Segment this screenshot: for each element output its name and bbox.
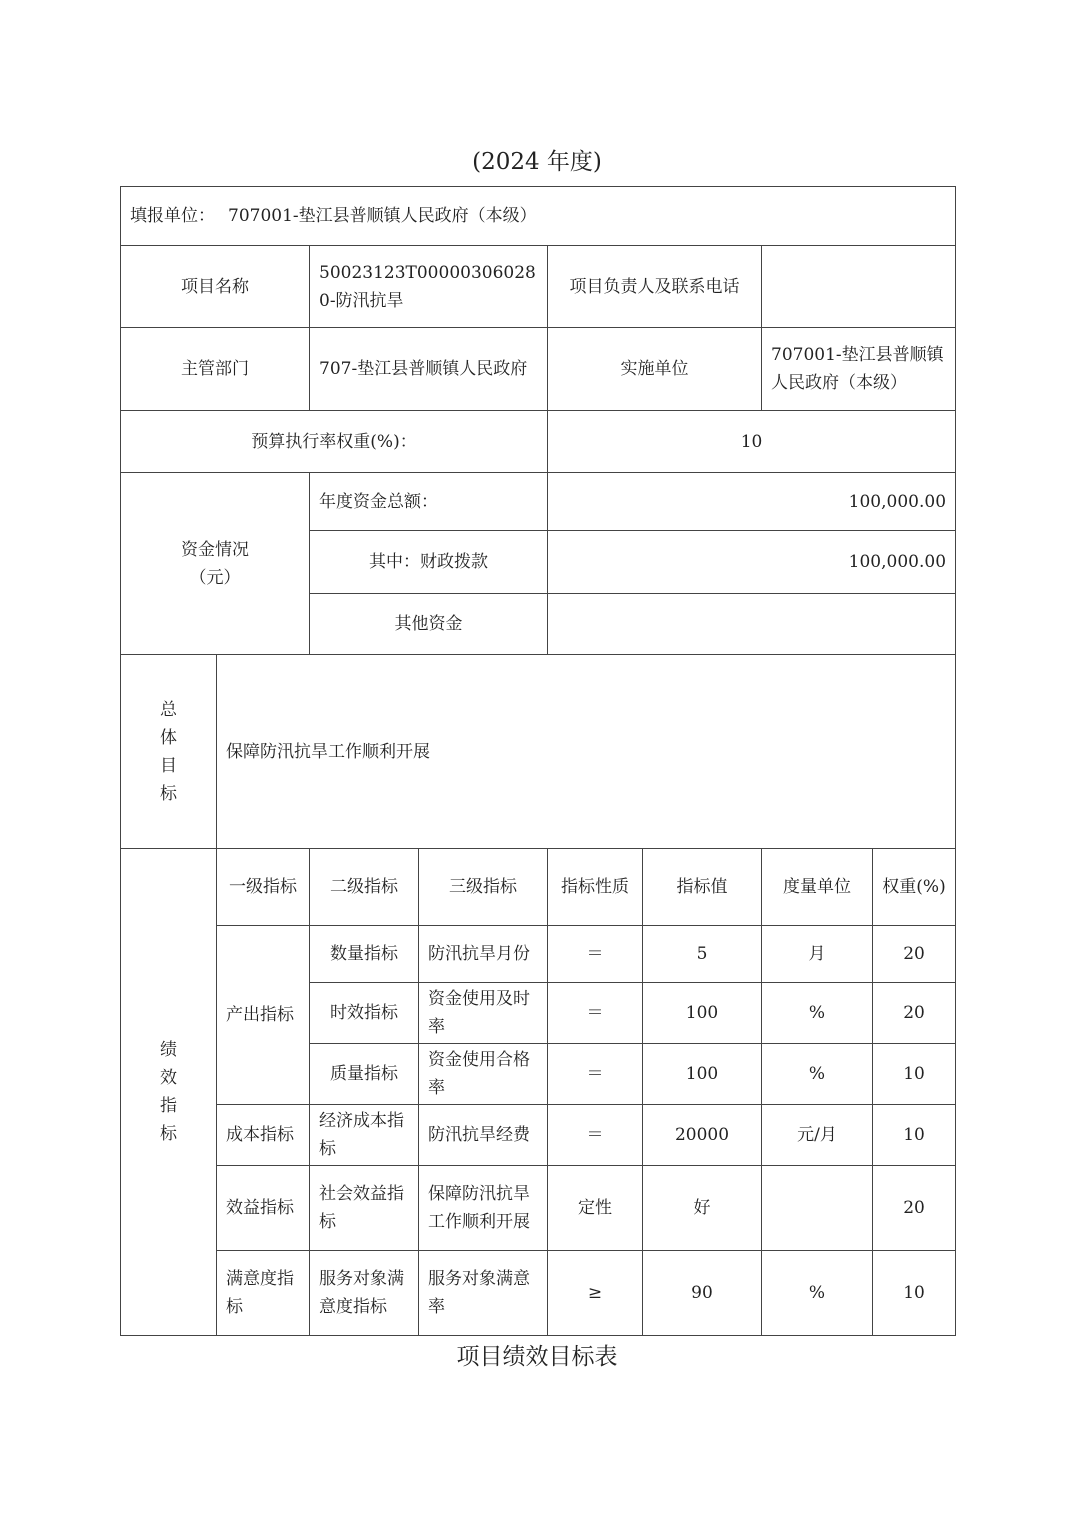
contact-value xyxy=(762,246,956,328)
header-value: 指标值 xyxy=(643,849,762,926)
level1-output: 产出指标 xyxy=(217,926,310,1105)
unit-cell: 月 xyxy=(762,926,873,983)
table-caption: 项目绩效目标表 xyxy=(0,1338,1074,1371)
level3-cell: 资金使用及时率 xyxy=(419,983,548,1044)
overall-goal-char: 总 xyxy=(130,696,207,724)
budget-weight-value: 10 xyxy=(548,411,956,473)
overall-goal-char: 标 xyxy=(130,780,207,808)
value-cell: 100 xyxy=(643,983,762,1044)
overall-goal-char: 体 xyxy=(130,724,207,752)
unit-cell: % xyxy=(762,1251,873,1336)
budget-weight-label: 预算执行率权重(%)： xyxy=(121,411,548,473)
contact-label: 项目负责人及联系电话 xyxy=(548,246,762,328)
performance-label: 绩 效 指 标 xyxy=(121,849,217,1336)
overall-goal-value: 保障防汛抗旱工作顺利开展 xyxy=(217,655,956,849)
level3-cell: 服务对象满意率 xyxy=(419,1251,548,1336)
value-cell: 好 xyxy=(643,1166,762,1251)
funds-fiscal-label: 其中：财政拨款 xyxy=(310,531,548,594)
header-weight: 权重(%) xyxy=(873,849,956,926)
project-name-value: 50023123T000003060280-防汛抗旱 xyxy=(310,246,548,328)
unit-cell: % xyxy=(762,983,873,1044)
level2-cell: 质量指标 xyxy=(310,1044,419,1105)
implementing-unit-label: 实施单位 xyxy=(548,328,762,411)
performance-header-row: 绩 效 指 标 一级指标 二级指标 三级指标 指标性质 指标值 度量单位 权重(… xyxy=(121,849,956,926)
value-cell: 90 xyxy=(643,1251,762,1336)
department-value: 707-垫江县普顺镇人民政府 xyxy=(310,328,548,411)
weight-cell: 10 xyxy=(873,1251,956,1336)
weight-cell: 10 xyxy=(873,1044,956,1105)
funds-fiscal-value: 100,000.00 xyxy=(548,531,956,594)
level2-cell: 时效指标 xyxy=(310,983,419,1044)
reporting-unit-row: 填报单位： 707001-垫江县普顺镇人民政府（本级） xyxy=(121,187,956,246)
level1-cost: 成本指标 xyxy=(217,1105,310,1166)
performance-char: 效 xyxy=(130,1064,207,1092)
implementing-unit-value: 707001-垫江县普顺镇人民政府（本级） xyxy=(762,328,956,411)
department-row: 主管部门 707-垫江县普顺镇人民政府 实施单位 707001-垫江县普顺镇人民… xyxy=(121,328,956,411)
nature-cell: ＝ xyxy=(548,926,643,983)
performance-char: 绩 xyxy=(130,1036,207,1064)
level3-cell: 防汛抗旱经费 xyxy=(419,1105,548,1166)
funds-label-line1: 资金情况 xyxy=(130,536,300,564)
performance-goal-table: 填报单位： 707001-垫江县普顺镇人民政府（本级） 项目名称 5002312… xyxy=(120,186,956,1336)
level2-cell: 服务对象满意度指标 xyxy=(310,1251,419,1336)
funds-total-value: 100,000.00 xyxy=(548,473,956,531)
unit-cell xyxy=(762,1166,873,1251)
level3-cell: 资金使用合格率 xyxy=(419,1044,548,1105)
budget-weight-row: 预算执行率权重(%)： 10 xyxy=(121,411,956,473)
weight-cell: 20 xyxy=(873,983,956,1044)
table-row: 成本指标 经济成本指标 防汛抗旱经费 ＝ 20000 元/月 10 xyxy=(121,1105,956,1166)
level2-cell: 社会效益指标 xyxy=(310,1166,419,1251)
funds-label-line2: （元） xyxy=(130,564,300,592)
level3-cell: 防汛抗旱月份 xyxy=(419,926,548,983)
overall-goal-row: 总 体 目 标 保障防汛抗旱工作顺利开展 xyxy=(121,655,956,849)
department-label: 主管部门 xyxy=(121,328,310,411)
reporting-unit-value: 707001-垫江县普顺镇人民政府（本级） xyxy=(228,202,537,230)
weight-cell: 10 xyxy=(873,1105,956,1166)
level1-satisfaction: 满意度指标 xyxy=(217,1251,310,1336)
header-level1: 一级指标 xyxy=(217,849,310,926)
year-heading: (2024 年度) xyxy=(0,143,1074,176)
header-level2: 二级指标 xyxy=(310,849,419,926)
funds-other-label: 其他资金 xyxy=(310,594,548,655)
header-level3: 三级指标 xyxy=(419,849,548,926)
value-cell: 20000 xyxy=(643,1105,762,1166)
level1-benefit: 效益指标 xyxy=(217,1166,310,1251)
weight-cell: 20 xyxy=(873,926,956,983)
table-row: 产出指标 数量指标 防汛抗旱月份 ＝ 5 月 20 xyxy=(121,926,956,983)
overall-goal-char: 目 xyxy=(130,752,207,780)
nature-cell: 定性 xyxy=(548,1166,643,1251)
value-cell: 100 xyxy=(643,1044,762,1105)
level3-cell: 保障防汛抗旱工作顺利开展 xyxy=(419,1166,548,1251)
weight-cell: 20 xyxy=(873,1166,956,1251)
nature-cell: ＝ xyxy=(548,1105,643,1166)
project-name-row: 项目名称 50023123T000003060280-防汛抗旱 项目负责人及联系… xyxy=(121,246,956,328)
header-nature: 指标性质 xyxy=(548,849,643,926)
table-row: 满意度指标 服务对象满意度指标 服务对象满意率 ≥ 90 % 10 xyxy=(121,1251,956,1336)
level2-cell: 数量指标 xyxy=(310,926,419,983)
funds-label: 资金情况 （元） xyxy=(121,473,310,655)
reporting-unit-label: 填报单位： xyxy=(130,203,216,230)
overall-goal-label: 总 体 目 标 xyxy=(121,655,217,849)
funds-row-total: 资金情况 （元） 年度资金总额： 100,000.00 xyxy=(121,473,956,531)
nature-cell: ＝ xyxy=(548,1044,643,1105)
nature-cell: ≥ xyxy=(548,1251,643,1336)
table-row: 效益指标 社会效益指标 保障防汛抗旱工作顺利开展 定性 好 20 xyxy=(121,1166,956,1251)
funds-total-label: 年度资金总额： xyxy=(310,473,548,531)
value-cell: 5 xyxy=(643,926,762,983)
performance-char: 标 xyxy=(130,1120,207,1148)
header-unit: 度量单位 xyxy=(762,849,873,926)
project-name-label: 项目名称 xyxy=(121,246,310,328)
level2-cell: 经济成本指标 xyxy=(310,1105,419,1166)
funds-other-value xyxy=(548,594,956,655)
nature-cell: ＝ xyxy=(548,983,643,1044)
unit-cell: 元/月 xyxy=(762,1105,873,1166)
performance-char: 指 xyxy=(130,1092,207,1120)
unit-cell: % xyxy=(762,1044,873,1105)
